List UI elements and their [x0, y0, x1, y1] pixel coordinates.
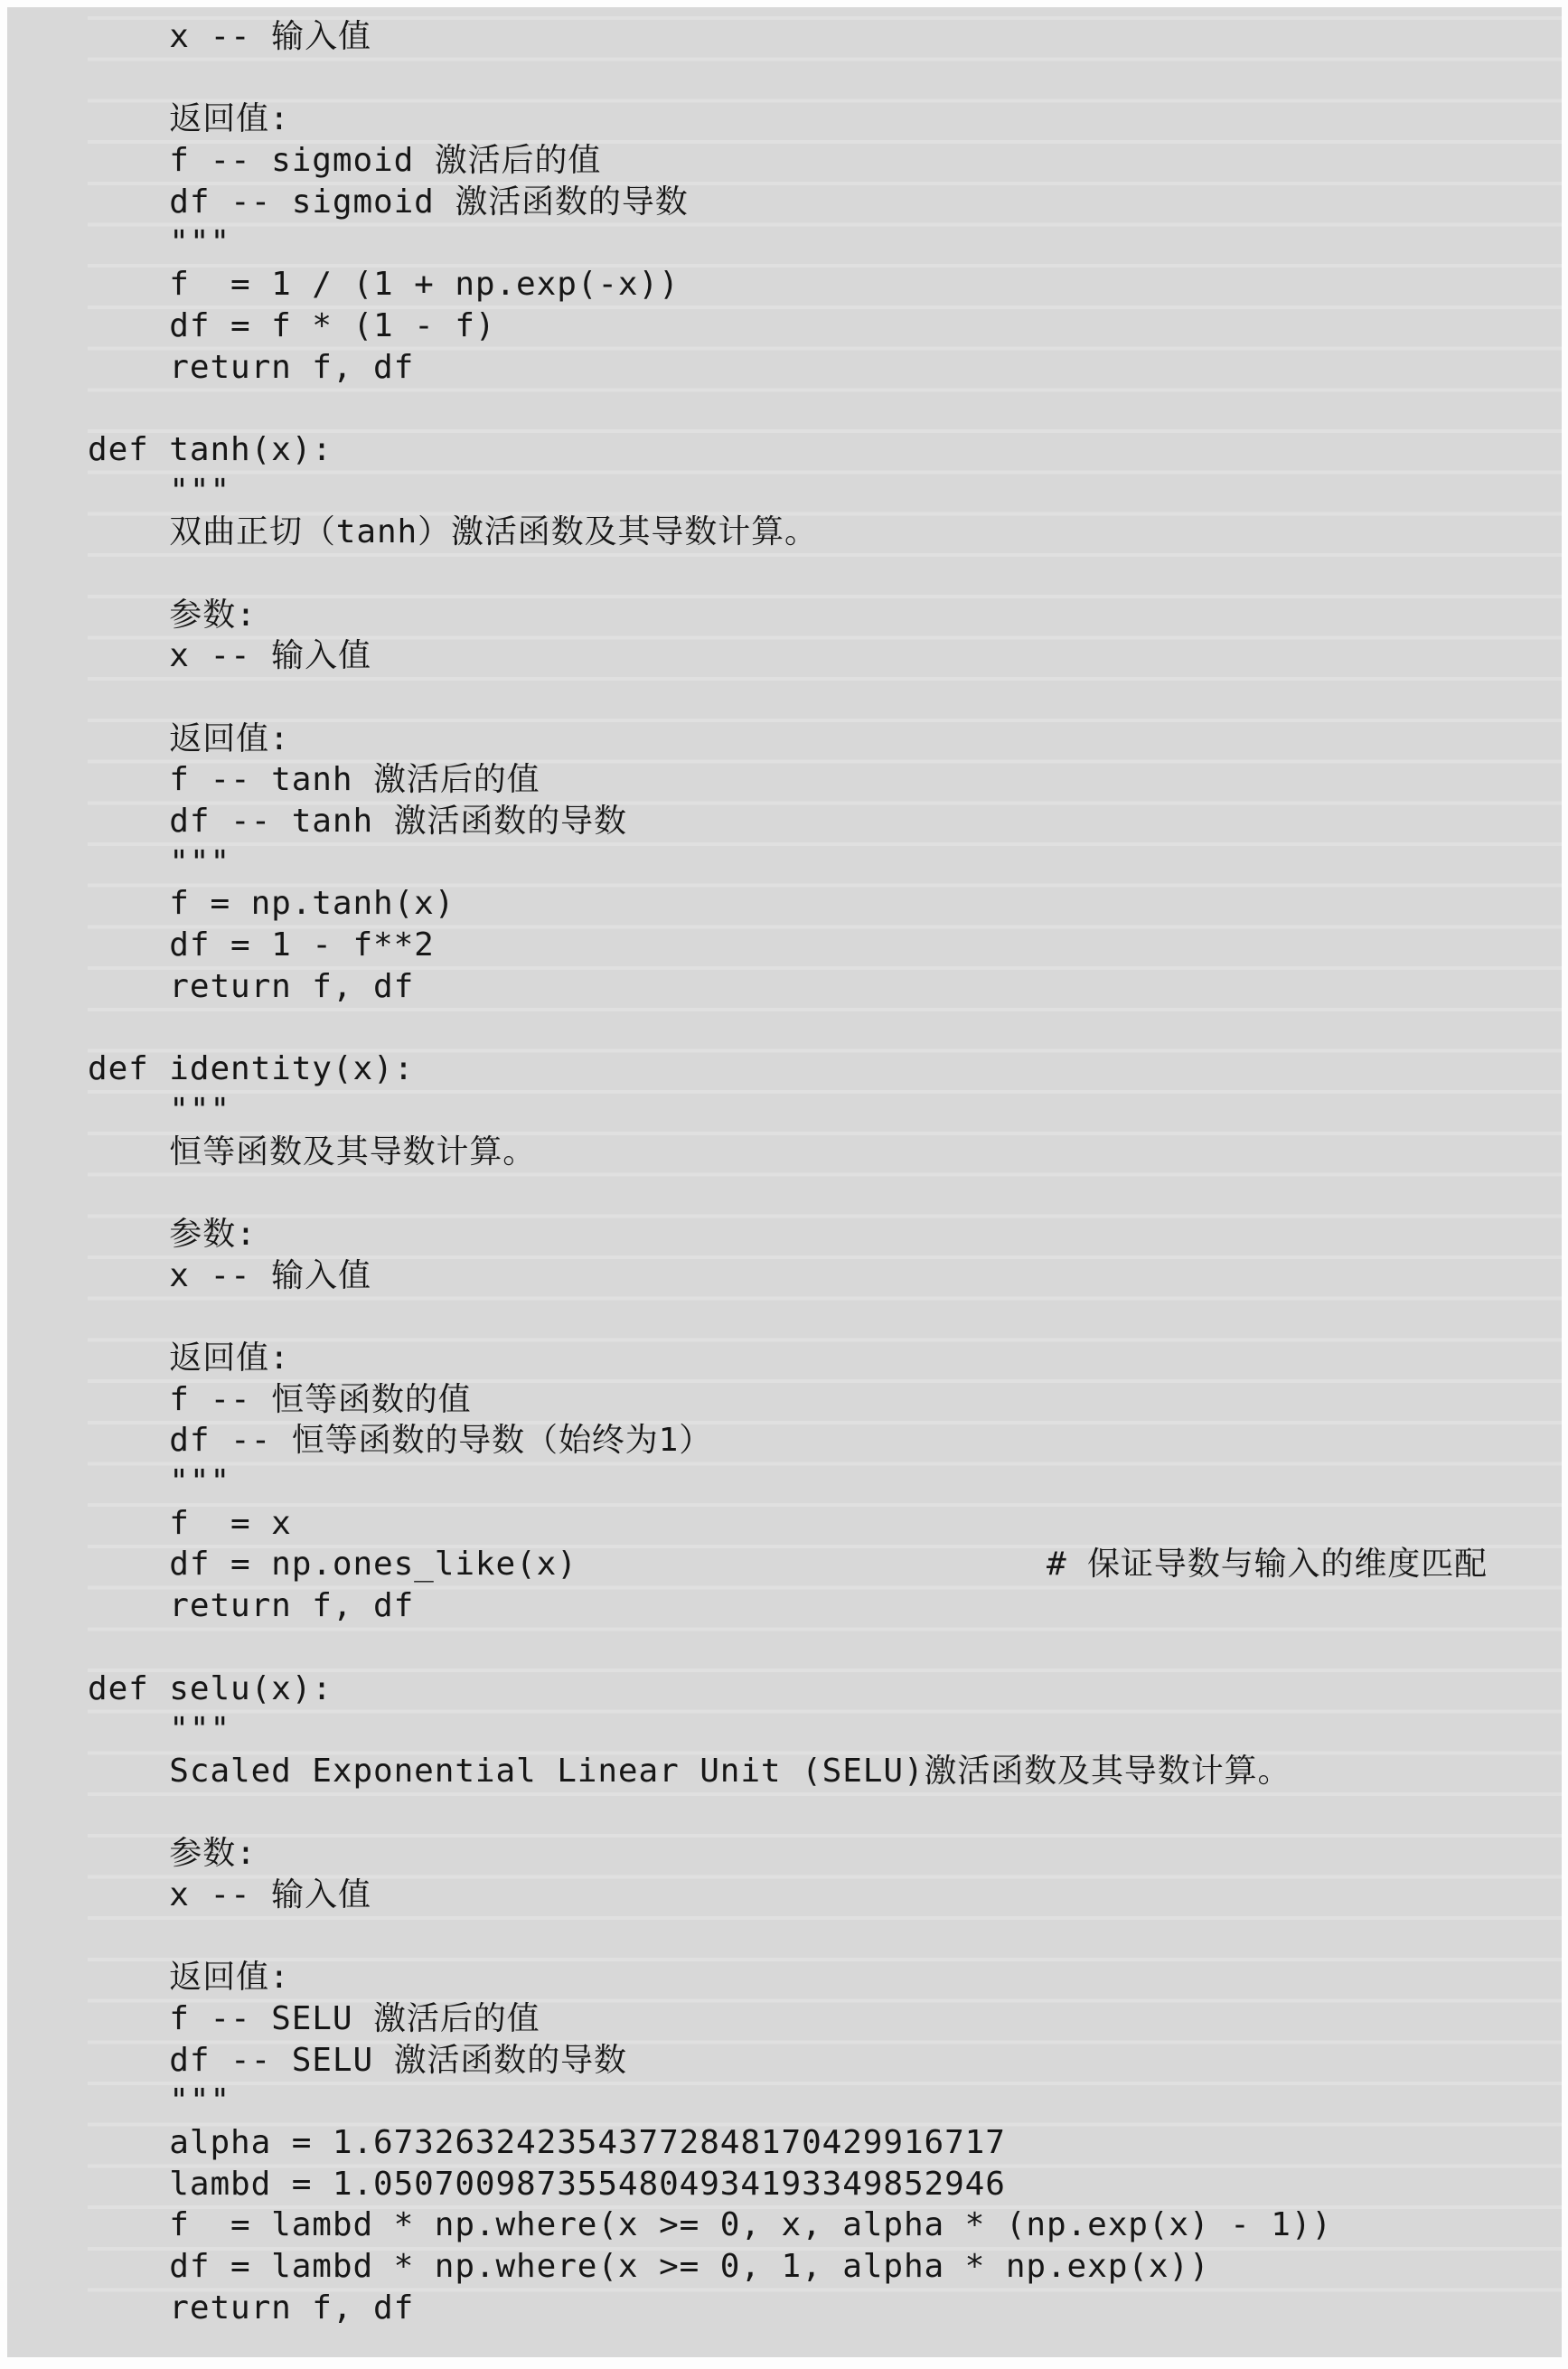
code-line: [88, 58, 1562, 99]
code-line: """: [88, 1462, 1562, 1503]
code-line: f = 1 / (1 + np.exp(-x)): [88, 264, 1562, 306]
code-line: df -- SELU 激活函数的导数: [88, 2040, 1562, 2082]
code-line: [88, 1792, 1562, 1834]
code-line: df -- tanh 激活函数的导数: [88, 801, 1562, 842]
code-line: 返回值:: [88, 1957, 1562, 1998]
code-line: f -- SELU 激活后的值: [88, 1998, 1562, 2040]
code-line: [88, 1172, 1562, 1214]
code-line: x -- 输入值: [88, 1255, 1562, 1297]
code-line: 返回值:: [88, 719, 1562, 760]
code-line: f = x: [88, 1503, 1562, 1545]
code-line: df -- sigmoid 激活函数的导数: [88, 182, 1562, 223]
code-line: df -- 恒等函数的导数（始终为1）: [88, 1420, 1562, 1462]
code-line: def tanh(x):: [88, 429, 1562, 471]
code-line: x -- 输入值: [88, 635, 1562, 677]
code-line: 双曲正切（tanh）激活函数及其导数计算。: [88, 512, 1562, 553]
code-line: [88, 1627, 1562, 1669]
code-line: df = 1 - f**2: [88, 925, 1562, 966]
code-panel: x -- 输入值 返回值: f -- sigmoid 激活后的值 df -- s…: [7, 7, 1562, 2357]
code-line: f -- sigmoid 激活后的值: [88, 140, 1562, 182]
code-line: return f, df: [88, 1585, 1562, 1627]
code-line: """: [88, 222, 1562, 264]
code-line: def selu(x):: [88, 1669, 1562, 1710]
code-line: x -- 输入值: [88, 16, 1562, 58]
code-listing: x -- 输入值 返回值: f -- sigmoid 激活后的值 df -- s…: [88, 16, 1562, 2329]
code-line: x -- 输入值: [88, 1875, 1562, 1916]
code-line: 返回值:: [88, 99, 1562, 140]
code-line: lambd = 1.050700987355480493419334985294…: [88, 2164, 1562, 2205]
code-line: df = np.ones_like(x) # 保证导数与输入的维度匹配: [88, 1544, 1562, 1585]
code-line: """: [88, 1709, 1562, 1751]
code-line: Scaled Exponential Linear Unit (SELU)激活函…: [88, 1751, 1562, 1792]
code-line: return f, df: [88, 347, 1562, 389]
code-line: [88, 1916, 1562, 1958]
code-line: alpha = 1.673263242354377284817042991671…: [88, 2122, 1562, 2164]
code-line: f = lambd * np.where(x >= 0, x, alpha * …: [88, 2204, 1562, 2246]
document-page: x -- 输入值 返回值: f -- sigmoid 激活后的值 df -- s…: [0, 0, 1568, 2369]
code-line: """: [88, 1090, 1562, 1132]
code-line: f -- 恒等函数的值: [88, 1379, 1562, 1421]
code-line: df = lambd * np.where(x >= 0, 1, alpha *…: [88, 2246, 1562, 2288]
code-line: 参数:: [88, 1833, 1562, 1875]
code-line: [88, 677, 1562, 719]
code-line: def identity(x):: [88, 1048, 1562, 1090]
code-line: [88, 1296, 1562, 1338]
code-line: [88, 388, 1562, 429]
code-line: 参数:: [88, 595, 1562, 636]
code-line: [88, 553, 1562, 595]
code-line: df = f * (1 - f): [88, 306, 1562, 347]
code-line: """: [88, 2081, 1562, 2122]
code-line: f -- tanh 激活后的值: [88, 759, 1562, 801]
code-line: 恒等函数及其导数计算。: [88, 1132, 1562, 1173]
code-line: 参数:: [88, 1214, 1562, 1255]
code-line: """: [88, 471, 1562, 512]
code-line: [88, 1008, 1562, 1049]
code-line: return f, df: [88, 2288, 1562, 2329]
code-line: return f, df: [88, 966, 1562, 1008]
code-line: """: [88, 842, 1562, 884]
code-line: f = np.tanh(x): [88, 883, 1562, 925]
code-line: 返回值:: [88, 1338, 1562, 1379]
